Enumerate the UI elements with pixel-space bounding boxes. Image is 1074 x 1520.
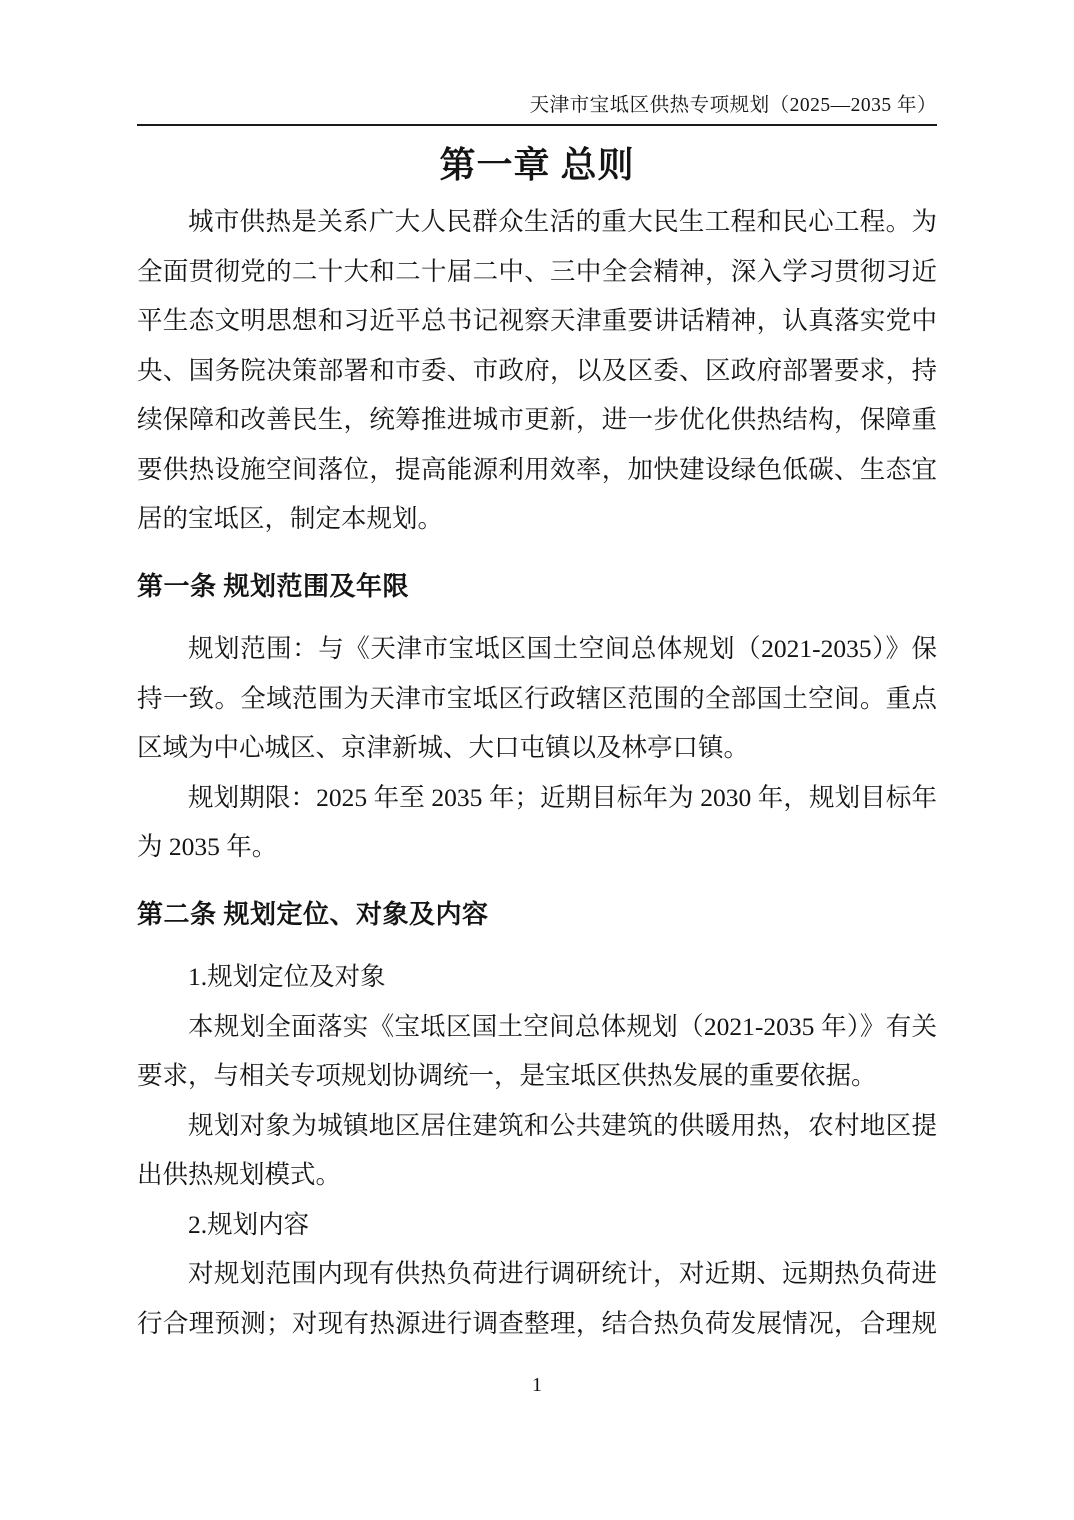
text-line: 对规划范围内现有供热负荷进行调研统计，对近期、远期热负荷进 <box>137 1249 937 1299</box>
text-line: 规划期限：2025 年至 2035 年；近期目标年为 2030 年，规划目标年 <box>137 773 937 823</box>
paragraph: 规划范围：与《天津市宝坻区国土空间总体规划（2021-2035）》保持一致。全域… <box>137 624 937 773</box>
section-heading: 第一条 规划范围及年限 <box>137 562 937 612</box>
chapter-title: 第一章 总则 <box>137 139 937 192</box>
numbered-subitem: 2.规划内容 <box>137 1200 937 1250</box>
text-line: 续保障和改善民生，统筹推进城市更新，进一步优化供热结构，保障重 <box>137 395 937 445</box>
page-content: 天津市宝坻区供热专项规划（2025—2035 年） 第一章 总则 城市供热是关系… <box>137 0 937 1348</box>
text-line: 出供热规划模式。 <box>137 1150 937 1200</box>
text-line: 央、国务院决策部署和市委、市政府，以及区委、区政府部署要求，持 <box>137 346 937 396</box>
text-line: 城市供热是关系广大人民群众生活的重大民生工程和民心工程。为 <box>137 197 937 247</box>
text-line: 平生态文明思想和习近平总书记视察天津重要讲话精神，认真落实党中 <box>137 296 937 346</box>
paragraph: 本规划全面落实《宝坻区国土空间总体规划（2021-2035 年）》有关要求，与相… <box>137 1002 937 1101</box>
text-line: 全面贯彻党的二十大和二十届二中、三中全会精神，深入学习贯彻习近 <box>137 247 937 297</box>
page-number: 1 <box>0 1372 1074 1398</box>
page-header-title: 天津市宝坻区供热专项规划（2025—2035 年） <box>137 0 937 118</box>
text-line: 本规划全面落实《宝坻区国土空间总体规划（2021-2035 年）》有关 <box>137 1002 937 1052</box>
text-line: 行合理预测；对现有热源进行调查整理，结合热负荷发展情况，合理规 <box>137 1299 937 1349</box>
text-line: 规划范围：与《天津市宝坻区国土空间总体规划（2021-2035）》保 <box>137 624 937 674</box>
document-body: 城市供热是关系广大人民群众生活的重大民生工程和民心工程。为全面贯彻党的二十大和二… <box>137 197 937 1348</box>
document-page: 天津市宝坻区供热专项规划（2025—2035 年） 第一章 总则 城市供热是关系… <box>0 0 1074 1520</box>
paragraph: 城市供热是关系广大人民群众生活的重大民生工程和民心工程。为全面贯彻党的二十大和二… <box>137 197 937 544</box>
paragraph: 规划期限：2025 年至 2035 年；近期目标年为 2030 年，规划目标年为… <box>137 773 937 872</box>
paragraph: 规划对象为城镇地区居住建筑和公共建筑的供暖用热，农村地区提出供热规划模式。 <box>137 1101 937 1200</box>
section-heading: 第二条 规划定位、对象及内容 <box>137 890 937 940</box>
text-line: 持一致。全域范围为天津市宝坻区行政辖区范围的全部国土空间。重点 <box>137 674 937 724</box>
text-line: 规划对象为城镇地区居住建筑和公共建筑的供暖用热，农村地区提 <box>137 1101 937 1151</box>
text-line: 为 2035 年。 <box>137 822 937 872</box>
text-line: 区域为中心城区、京津新城、大口屯镇以及林亭口镇。 <box>137 723 937 773</box>
text-line: 居的宝坻区，制定本规划。 <box>137 494 937 544</box>
header-rule-divider <box>137 124 937 126</box>
text-line: 要求，与相关专项规划协调统一，是宝坻区供热发展的重要依据。 <box>137 1051 937 1101</box>
text-line: 要供热设施空间落位，提高能源利用效率，加快建设绿色低碳、生态宜 <box>137 445 937 495</box>
paragraph: 对规划范围内现有供热负荷进行调研统计，对近期、远期热负荷进行合理预测；对现有热源… <box>137 1249 937 1348</box>
numbered-subitem: 1.规划定位及对象 <box>137 952 937 1002</box>
